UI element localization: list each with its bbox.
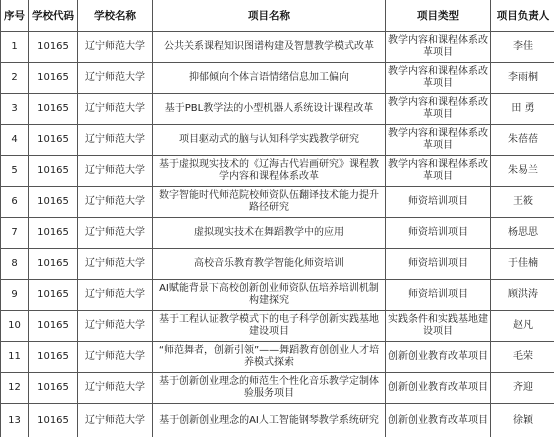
row-no-cell: 8 [1,249,29,280]
school-name-cell: 辽宁师范大学 [78,218,153,249]
school-name-cell: 辽宁师范大学 [78,187,153,218]
project-name-cell: 公共关系课程知识图谱构建及智慧教学模式改革 [153,32,386,63]
project-name-cell: 抑郁倾向个体言语情绪信息加工偏向 [153,63,386,94]
project-leader-cell: 赵凡 [491,311,554,342]
row-no-cell: 5 [1,156,29,187]
table-row: 510165辽宁师范大学基于虚拟现实技术的《辽海古代岩画研究》课程教学内容和课程… [1,156,554,187]
project-type-cell: 创新创业教育改革项目 [386,373,491,404]
project-leader-cell: 杨思思 [491,218,554,249]
header-school-code: 学校代码 [29,0,78,32]
school-name-cell: 辽宁师范大学 [78,63,153,94]
project-type-cell: 教学内容和课程体系改革项目 [386,94,491,125]
school-code-cell: 10165 [29,125,78,156]
project-name-cell: 项目驱动式的脑与认知科学实践教学研究 [153,125,386,156]
school-code-cell: 10165 [29,94,78,125]
header-project-type: 项目类型 [386,0,491,32]
project-name-cell: 基于虚拟现实技术的《辽海古代岩画研究》课程教学内容和课程体系改革 [153,156,386,187]
table-row: 910165辽宁师范大学AI赋能背景下高校创新创业师资队伍培养培训机制构建探究师… [1,280,554,311]
table-row: 610165辽宁师范大学数字智能时代师范院校师资队伍翻译技术能力提升路径研究师资… [1,187,554,218]
project-leader-cell: 李雨桐 [491,63,554,94]
project-leader-cell: 朱易兰 [491,156,554,187]
table-row: 110165辽宁师范大学公共关系课程知识图谱构建及智慧教学模式改革教学内容和课程… [1,32,554,63]
row-no-cell: 4 [1,125,29,156]
school-name-cell: 辽宁师范大学 [78,94,153,125]
table-header-row: 序号 学校代码 学校名称 项目名称 项目类型 项目负责人 [1,0,554,32]
project-type-cell: 实践条件和实践基地建设项目 [386,311,491,342]
school-code-cell: 10165 [29,373,78,404]
table-row: 710165辽宁师范大学虚拟现实技术在舞蹈教学中的应用师资培训项目杨思思 [1,218,554,249]
project-name-cell: AI赋能背景下高校创新创业师资队伍培养培训机制构建探究 [153,280,386,311]
school-code-cell: 10165 [29,187,78,218]
project-type-cell: 创新创业教育改革项目 [386,342,491,373]
project-name-cell: 虚拟现实技术在舞蹈教学中的应用 [153,218,386,249]
school-name-cell: 辽宁师范大学 [78,125,153,156]
project-leader-cell: 李佳 [491,32,554,63]
row-no-cell: 10 [1,311,29,342]
project-type-cell: 教学内容和课程体系改革项目 [386,32,491,63]
school-code-cell: 10165 [29,311,78,342]
school-name-cell: 辽宁师范大学 [78,249,153,280]
project-type-cell: 师资培训项目 [386,280,491,311]
school-code-cell: 10165 [29,156,78,187]
school-name-cell: 辽宁师范大学 [78,311,153,342]
row-no-cell: 1 [1,32,29,63]
project-leader-cell: 王筱 [491,187,554,218]
table-row: 410165辽宁师范大学项目驱动式的脑与认知科学实践教学研究教学内容和课程体系改… [1,125,554,156]
school-name-cell: 辽宁师范大学 [78,32,153,63]
project-name-cell: 基于创新创业理念的师范生个性化音乐教学定制体验服务项目 [153,373,386,404]
project-name-cell: 基于工程认证教学模式下的电子科学创新实践基地建设项目 [153,311,386,342]
table-row: 1110165辽宁师范大学“师范舞者，创新引领”——舞蹈教育创创业人才培养模式探… [1,342,554,373]
table-row: 1010165辽宁师范大学基于工程认证教学模式下的电子科学创新实践基地建设项目实… [1,311,554,342]
project-leader-cell: 顾洪涛 [491,280,554,311]
row-no-cell: 13 [1,404,29,429]
school-code-cell: 10165 [29,218,78,249]
project-name-cell: 高校音乐教育教学智能化师资培训 [153,249,386,280]
table-row: 210165辽宁师范大学抑郁倾向个体言语情绪信息加工偏向教学内容和课程体系改革项… [1,63,554,94]
project-leader-cell: 朱蓓蓓 [491,125,554,156]
row-no-cell: 6 [1,187,29,218]
row-no-cell: 2 [1,63,29,94]
project-leader-cell: 齐迎 [491,373,554,404]
school-name-cell: 辽宁师范大学 [78,342,153,373]
school-name-cell: 辽宁师范大学 [78,373,153,404]
project-leader-cell: 田 勇 [491,94,554,125]
school-name-cell: 辽宁师范大学 [78,280,153,311]
project-name-cell: 基于创新创业理念的AI人工智能钢琴教学系统研究 [153,404,386,429]
row-no-cell: 3 [1,94,29,125]
project-name-cell: 基于PBL教学法的小型机器人系统设计课程改革 [153,94,386,125]
header-project-leader: 项目负责人 [491,0,554,32]
row-no-cell: 11 [1,342,29,373]
header-school-name: 学校名称 [78,0,153,32]
row-no-cell: 7 [1,218,29,249]
project-type-cell: 师资培训项目 [386,218,491,249]
table-row: 1210165辽宁师范大学基于创新创业理念的师范生个性化音乐教学定制体验服务项目… [1,373,554,404]
project-name-cell: “师范舞者，创新引领”——舞蹈教育创创业人才培养模式探索 [153,342,386,373]
table-row: 810165辽宁师范大学高校音乐教育教学智能化师资培训师资培训项目于佳楠 [1,249,554,280]
school-code-cell: 10165 [29,32,78,63]
project-leader-cell: 于佳楠 [491,249,554,280]
school-name-cell: 辽宁师范大学 [78,156,153,187]
project-leader-cell: 毛荣 [491,342,554,373]
row-no-cell: 12 [1,373,29,404]
table-row: 310165辽宁师范大学基于PBL教学法的小型机器人系统设计课程改革教学内容和课… [1,94,554,125]
header-no: 序号 [1,0,29,32]
header-project-name: 项目名称 [153,0,386,32]
school-name-cell: 辽宁师范大学 [78,404,153,429]
project-type-cell: 师资培训项目 [386,187,491,218]
project-type-cell: 教学内容和课程体系改革项目 [386,156,491,187]
school-code-cell: 10165 [29,63,78,94]
table-row: 1310165辽宁师范大学基于创新创业理念的AI人工智能钢琴教学系统研究创新创业… [1,404,554,429]
project-type-cell: 教学内容和课程体系改革项目 [386,63,491,94]
project-type-cell: 教学内容和课程体系改革项目 [386,125,491,156]
school-code-cell: 10165 [29,249,78,280]
project-name-cell: 数字智能时代师范院校师资队伍翻译技术能力提升路径研究 [153,187,386,218]
school-code-cell: 10165 [29,342,78,373]
project-leader-cell: 徐颖 [491,404,554,429]
project-table: 序号 学校代码 学校名称 项目名称 项目类型 项目负责人 110165辽宁师范大… [0,0,554,428]
school-code-cell: 10165 [29,404,78,429]
project-type-cell: 创新创业教育改革项目 [386,404,491,429]
row-no-cell: 9 [1,280,29,311]
project-type-cell: 师资培训项目 [386,249,491,280]
school-code-cell: 10165 [29,280,78,311]
